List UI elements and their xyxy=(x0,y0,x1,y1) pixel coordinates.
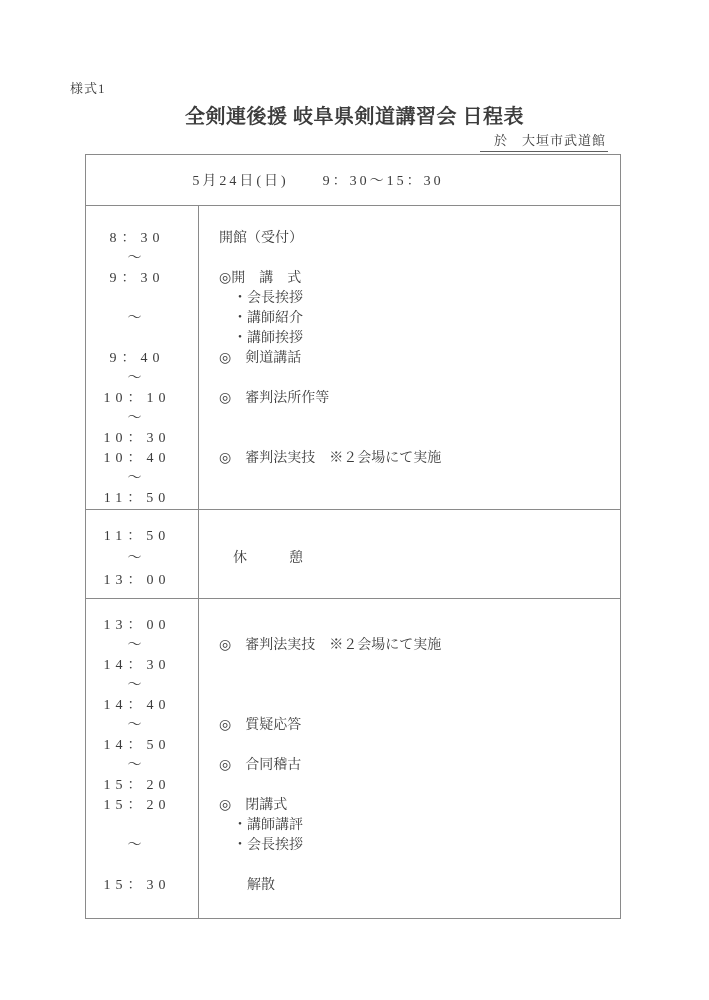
activity-label: ◎ 審判法実技 ※２会場にて実施 xyxy=(219,449,620,469)
time-label: 14：50 xyxy=(86,736,198,756)
activity-label: ・会長挨拶 xyxy=(219,289,620,309)
activity-label xyxy=(219,736,620,756)
time-label: 8：30 xyxy=(86,229,198,249)
time-label: 10：10 xyxy=(86,389,198,409)
schedule-section-3: 13：00～14：30～14：40～14：50～15：2015：20～15：30… xyxy=(86,599,620,918)
activity-column: 休 憩 xyxy=(199,510,620,598)
time-label xyxy=(86,289,198,309)
time-label xyxy=(86,816,198,836)
activity-label xyxy=(219,469,620,489)
schedule-table: 5月24日(日) 9：30～15：30 8：30～9：30～9：40～10：10… xyxy=(85,154,621,919)
activity-label: 開館（受付） xyxy=(219,229,620,249)
time-label: 15：20 xyxy=(86,796,198,816)
activity-label: ・講師挨拶 xyxy=(219,329,620,349)
activity-label xyxy=(219,526,620,548)
schedule-section-1: 8：30～9：30～9：40～10：10～10：3010：40～11：50開館（… xyxy=(86,206,620,510)
activity-label: ・講師講評 xyxy=(219,816,620,836)
time-label: ～ xyxy=(86,548,198,570)
activity-label xyxy=(219,856,620,876)
time-label: 15：20 xyxy=(86,776,198,796)
activity-label xyxy=(219,656,620,676)
table-body: 8：30～9：30～9：40～10：10～10：3010：40～11：50開館（… xyxy=(86,206,620,918)
activity-label: ◎ 質疑応答 xyxy=(219,716,620,736)
venue-note: 於 大垣市武道館 xyxy=(480,130,608,152)
time-column: 11：50～13：00 xyxy=(86,510,199,598)
activity-label: ◎ 審判法所作等 xyxy=(219,389,620,409)
activity-label: ◎ 審判法実技 ※２会場にて実施 xyxy=(219,636,620,656)
time-column: 8：30～9：30～9：40～10：10～10：3010：40～11：50 xyxy=(86,206,199,509)
activity-label xyxy=(219,696,620,716)
time-column: 13：00～14：30～14：40～14：50～15：2015：20～15：30 xyxy=(86,599,199,918)
time-label: ～ xyxy=(86,369,198,389)
table-header-date-row: 5月24日(日) 9：30～15：30 xyxy=(86,155,620,206)
activity-label: ◎ 閉講式 xyxy=(219,796,620,816)
time-label: 13：00 xyxy=(86,616,198,636)
time-label: ～ xyxy=(86,469,198,489)
time-label: ～ xyxy=(86,409,198,429)
activity-label: ◎ 剣道講話 xyxy=(219,349,620,369)
activity-label xyxy=(219,616,620,636)
activity-label xyxy=(219,676,620,696)
document-page: 様式1 全剣連後援 岐阜県剣道講習会 日程表 於 大垣市武道館 5月24日(日)… xyxy=(0,0,709,1000)
time-label: 10：40 xyxy=(86,449,198,469)
form-number-label: 様式1 xyxy=(70,78,106,97)
activity-label xyxy=(219,429,620,449)
page-title: 全剣連後援 岐阜県剣道講習会 日程表 xyxy=(0,100,709,129)
schedule-section-2: 11：50～13：00 休 憩 xyxy=(86,510,620,599)
time-label: 11：50 xyxy=(86,526,198,548)
activity-column: ◎ 審判法実技 ※２会場にて実施◎ 質疑応答◎ 合同稽古◎ 閉講式 ・講師講評 … xyxy=(199,599,620,918)
activity-label xyxy=(219,570,620,592)
time-label: 10：30 xyxy=(86,429,198,449)
time-label: ～ xyxy=(86,716,198,736)
activity-label: ・会長挨拶 xyxy=(219,836,620,856)
activity-label xyxy=(219,249,620,269)
activity-label: ◎開 講 式 xyxy=(219,269,620,289)
time-label: 15：30 xyxy=(86,876,198,896)
time-label: 14：40 xyxy=(86,696,198,716)
time-label: 11：50 xyxy=(86,489,198,509)
activity-column: 開館（受付）◎開 講 式 ・会長挨拶 ・講師紹介 ・講師挨拶◎ 剣道講話◎ 審判… xyxy=(199,206,620,509)
activity-label: 解散 xyxy=(219,876,620,896)
time-label: ～ xyxy=(86,249,198,269)
activity-label xyxy=(219,369,620,389)
activity-label: ・講師紹介 xyxy=(219,309,620,329)
time-label: ～ xyxy=(86,676,198,696)
time-label xyxy=(86,856,198,876)
time-label: 9：40 xyxy=(86,349,198,369)
time-label: ～ xyxy=(86,309,198,329)
activity-label: ◎ 合同稽古 xyxy=(219,756,620,776)
activity-label xyxy=(219,776,620,796)
time-label: 13：00 xyxy=(86,570,198,592)
time-label: ～ xyxy=(86,636,198,656)
time-label: 14：30 xyxy=(86,656,198,676)
time-label: ～ xyxy=(86,756,198,776)
activity-label xyxy=(219,489,620,509)
time-label xyxy=(86,329,198,349)
activity-label xyxy=(219,409,620,429)
time-label: ～ xyxy=(86,836,198,856)
time-label: 9：30 xyxy=(86,269,198,289)
activity-label: 休 憩 xyxy=(219,548,620,570)
